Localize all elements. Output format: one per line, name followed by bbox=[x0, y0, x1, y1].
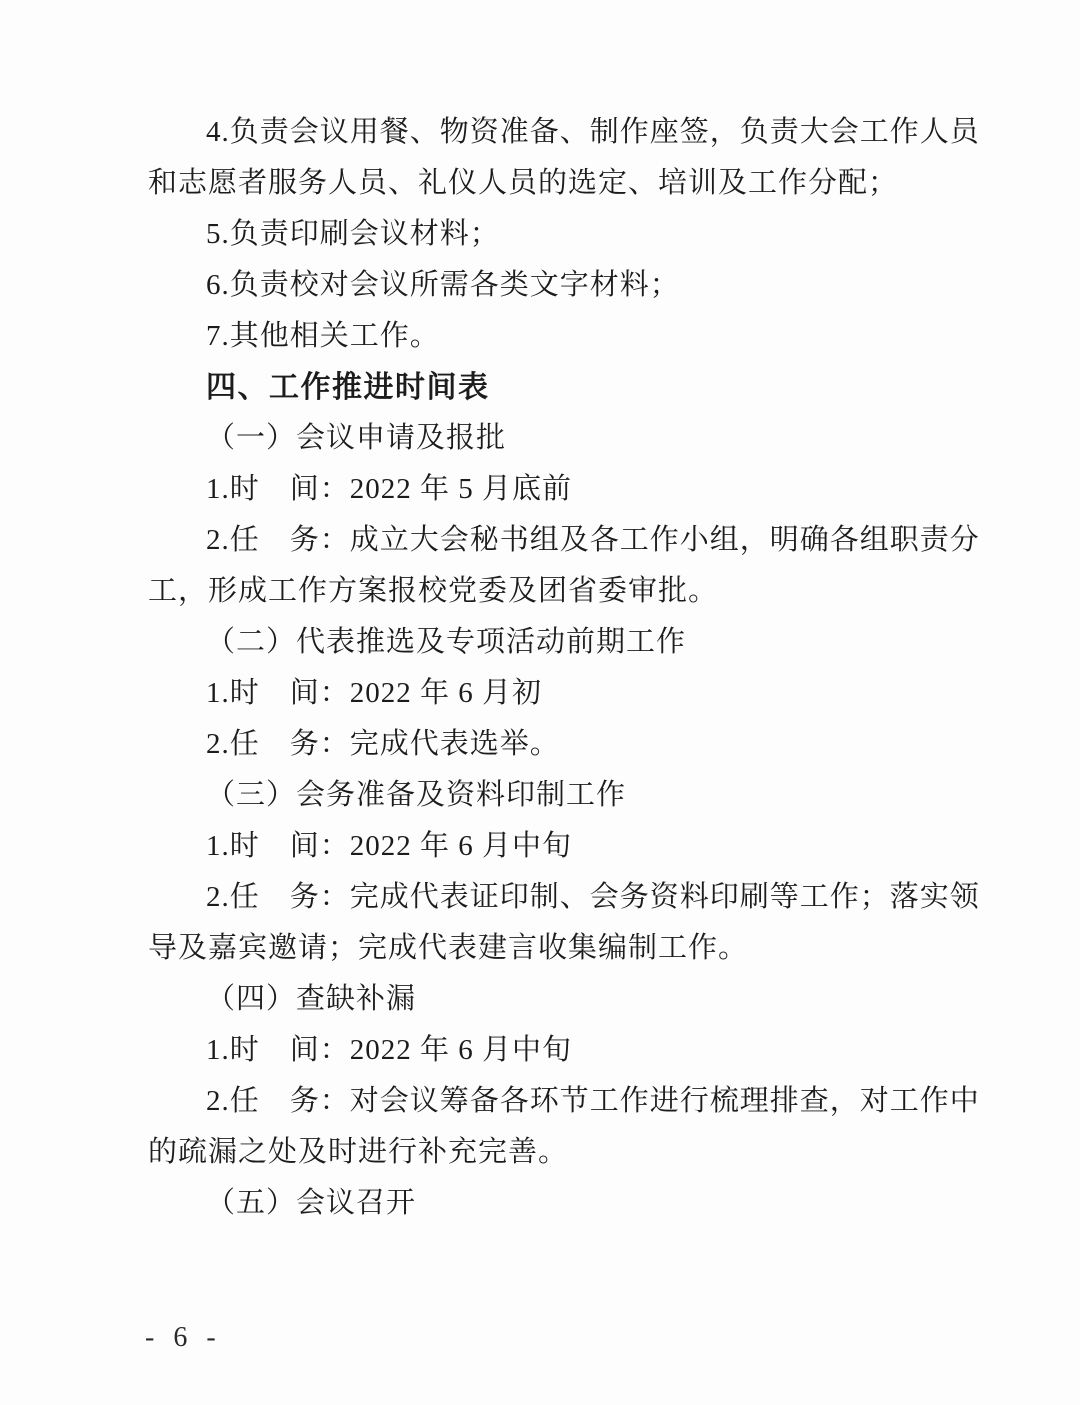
paragraph-line: 和志愿者服务人员、礼仪人员的选定、培训及工作分配； bbox=[148, 158, 953, 209]
subsection-heading: （四）查缺补漏 bbox=[148, 974, 953, 1025]
paragraph-line: 5.负责印刷会议材料； bbox=[148, 209, 953, 260]
section-heading: 四、工作推进时间表 bbox=[148, 362, 953, 413]
paragraph-line: 工，形成工作方案报校党委及团省委审批。 bbox=[148, 566, 953, 617]
paragraph-line: 导及嘉宾邀请；完成代表建言收集编制工作。 bbox=[148, 923, 953, 974]
paragraph-line: 4.负责会议用餐、物资准备、制作座签，负责大会工作人员 bbox=[148, 107, 953, 158]
paragraph-line: 1.时 间：2022 年 6 月中旬 bbox=[148, 821, 953, 872]
paragraph-line: 1.时 间：2022 年 5 月底前 bbox=[148, 464, 953, 515]
page-number: - 6 - bbox=[145, 1318, 222, 1358]
document-page: 4.负责会议用餐、物资准备、制作座签，负责大会工作人员 和志愿者服务人员、礼仪人… bbox=[0, 0, 1080, 1405]
subsection-heading: （五）会议召开 bbox=[148, 1178, 953, 1229]
paragraph-line: 2.任 务：对会议筹备各环节工作进行梳理排查，对工作中 bbox=[148, 1076, 953, 1127]
paragraph-line: 2.任 务：成立大会秘书组及各工作小组，明确各组职责分 bbox=[148, 515, 953, 566]
paragraph-line: 的疏漏之处及时进行补充完善。 bbox=[148, 1127, 953, 1178]
paragraph-line: 7.其他相关工作。 bbox=[148, 311, 953, 362]
document-body: 4.负责会议用餐、物资准备、制作座签，负责大会工作人员 和志愿者服务人员、礼仪人… bbox=[148, 107, 953, 1229]
paragraph-line: 2.任 务：完成代表选举。 bbox=[148, 719, 953, 770]
paragraph-line: 1.时 间：2022 年 6 月中旬 bbox=[148, 1025, 953, 1076]
paragraph-line: 2.任 务：完成代表证印制、会务资料印刷等工作；落实领 bbox=[148, 872, 953, 923]
subsection-heading: （二）代表推选及专项活动前期工作 bbox=[148, 617, 953, 668]
paragraph-line: 6.负责校对会议所需各类文字材料； bbox=[148, 260, 953, 311]
subsection-heading: （一）会议申请及报批 bbox=[148, 413, 953, 464]
subsection-heading: （三）会务准备及资料印制工作 bbox=[148, 770, 953, 821]
paragraph-line: 1.时 间：2022 年 6 月初 bbox=[148, 668, 953, 719]
